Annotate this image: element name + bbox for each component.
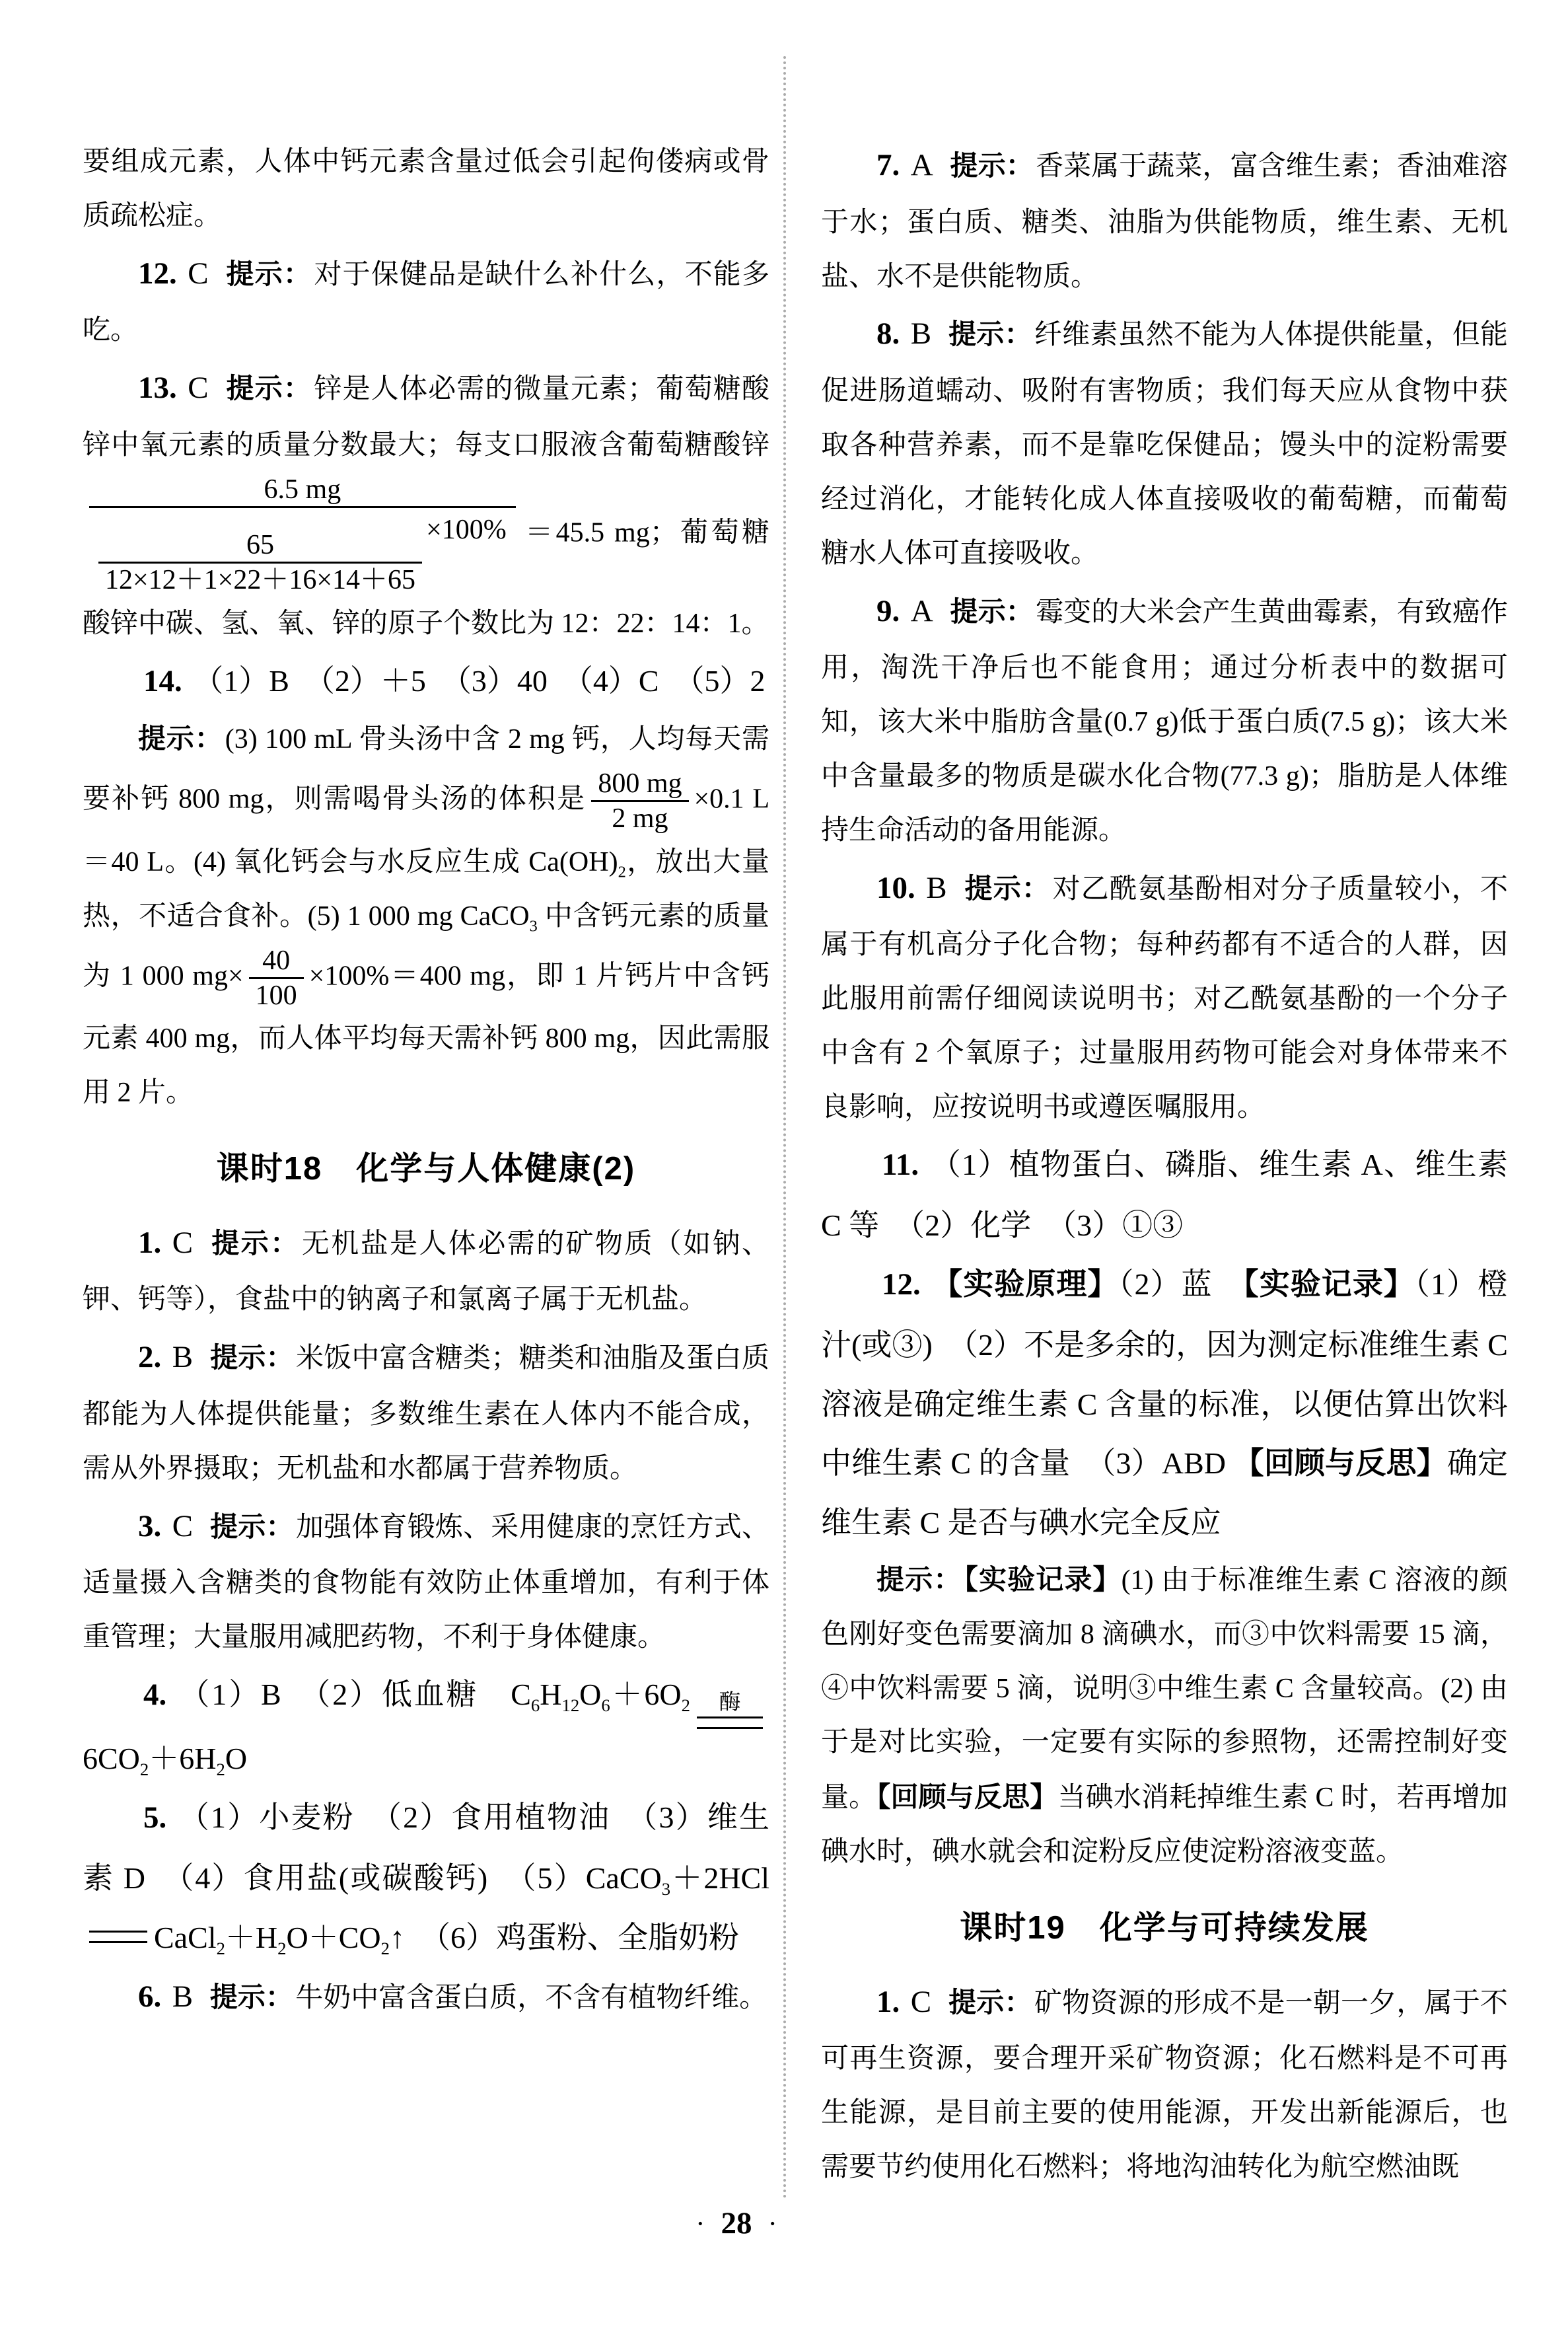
fraction-denominator: 100 (249, 977, 304, 1012)
times-100-percent: ×100% (426, 513, 507, 546)
hint-label: 提示： (876, 1564, 962, 1595)
answer-letter: A (911, 594, 933, 628)
fraction-numerator: 40 (249, 944, 304, 977)
answer-item: 7.A提示：香菜属于蔬菜，富含维生素；香油难溶于水；蛋白质、糖类、油脂为供能物质… (821, 135, 1508, 304)
item-number: 12. (138, 256, 177, 291)
item-number: 8. (876, 316, 900, 351)
fraction: 800 mg2 mg (591, 767, 688, 836)
answer-item: 10.B提示：对乙酰氨基酚相对分子质量较小，不属于有机高分子化合物；每种药都有不… (821, 858, 1508, 1135)
bracket-label: 【实验记录】 (1244, 1267, 1415, 1301)
fraction-numerator: 800 mg (591, 767, 688, 800)
item-number: 11. (882, 1148, 919, 1182)
item-number: 2. (138, 1340, 161, 1374)
text-run: 要组成元素，人体中钙元素含量过低会引起佝偻病或骨质疏松症。 (83, 147, 769, 231)
answer-letter: B (911, 316, 931, 351)
hint-label: 提示： (948, 318, 1032, 350)
text-run: 对乙酰氨基酚相对分子质量较小，不属于有机高分子化合物；每种药都有不适合的人群，因… (821, 874, 1508, 1123)
text-run: H (540, 1678, 561, 1711)
answer-book-page: 要组成元素，人体中钙元素含量过低会引起佝偻病或骨质疏松症。12.C提示：对于保健… (0, 0, 1568, 2325)
text-run: ＋H (225, 1921, 277, 1954)
fraction-denominator: 2 mg (591, 800, 688, 835)
text-run: 霉变的大米会产生黄曲霉素，有致癌作用，淘洗干净后也不能食用；通过分析表中的数据可… (821, 597, 1508, 846)
subscript: 3 (662, 1879, 670, 1899)
item-number: 1. (876, 1985, 900, 2019)
item-number: 7. (876, 148, 900, 182)
inner-fraction-numerator: 65 (98, 529, 422, 562)
subscript: 2 (682, 1695, 690, 1715)
item-number: 6. (138, 1979, 161, 2014)
fraction-numerator: 6.5 mg (89, 473, 516, 506)
answer-item: 3.C提示：加强体育锻炼、采用健康的烹饪方式、适量摄入含糖类的食物能有效防止体重… (83, 1496, 769, 1665)
text-run: O＋CO (286, 1921, 380, 1954)
left-column: 要组成元素，人体中钙元素含量过低会引起佝偻病或骨质疏松症。12.C提示：对于保健… (83, 135, 769, 2028)
fraction-denominator: 6512×12＋1×22＋16×14＋65×100% (89, 506, 516, 597)
answer-item: 12.C提示：对于保健品是缺什么补什么，不能多吃。 (83, 244, 769, 359)
answer-item: 9.A提示：霉变的大米会产生黄曲霉素，有致癌作用，淘洗干净后也不能食用；通过分析… (821, 581, 1508, 858)
text-run: ＋6O (610, 1678, 682, 1711)
answer-item: 2.B提示：米饭中富含糖类；糖类和油脂及蛋白质都能为人体提供能量；多数维生素在人… (83, 1327, 769, 1496)
double-bond-line (89, 1931, 147, 1943)
item-number: 9. (876, 594, 900, 628)
bracket-label: 【实验记录】 (964, 1564, 1122, 1595)
hint-label: 提示： (210, 1981, 293, 2012)
page-footer: ·28· (0, 2205, 1473, 2241)
bracket-label: 【回顾与反思】 (876, 1781, 1057, 1812)
subscript: 6 (531, 1695, 540, 1715)
hint-label: 提示： (950, 150, 1033, 181)
item-number: 4. (143, 1678, 166, 1712)
answer-item: 1.C提示：矿物资源的形成不是一朝一夕，属于不可再生资源，要合理开采矿物资源；化… (821, 1972, 1508, 2195)
answer-letter: B (172, 1979, 193, 2014)
enzyme-label: 酶 (719, 1691, 741, 1715)
item-number: 12. (882, 1267, 921, 1302)
subscript: 2 (277, 1938, 286, 1958)
inner-fraction: 6512×12＋1×22＋16×14＋65 (98, 529, 422, 597)
answer-item: 6.B提示：牛奶中富含蛋白质，不含有植物纤维。 (83, 1967, 769, 2028)
item-number: 13. (138, 371, 177, 405)
answer-item: 8.B提示：纤维素虽然不能为人体提供能量，但能促进肠道蠕动、吸附有害物质；我们每… (821, 304, 1508, 581)
bracket-label: 【实验原理】 (931, 1267, 1118, 1301)
fraction: 40100 (249, 944, 304, 1013)
text-run: CaCl (154, 1921, 217, 1954)
subscript: 2 (216, 1759, 225, 1779)
item-number: 14. (143, 664, 182, 698)
hint-label: 提示： (138, 723, 223, 754)
subscript: 6 (601, 1695, 610, 1715)
item-number: 10. (876, 871, 915, 905)
subscript: 2 (618, 863, 626, 881)
hint-label: 提示： (210, 1511, 294, 1542)
answer-letter: B (926, 871, 946, 905)
text-run: ＋2HCl (670, 1861, 769, 1895)
text-run: 对于保健品是缺什么补什么，不能多吃。 (83, 260, 769, 346)
answer-letter: C (911, 1985, 931, 2019)
inner-fraction-denominator: 12×12＋1×22＋16×14＋65 (98, 562, 422, 597)
text-run: (1) 由于标准维生素 C 溶液的颜色刚好变色需要滴加 8 滴碘水，而③中饮料需… (821, 1565, 1508, 1814)
nested-fraction: 6.5 mg6512×12＋1×22＋16×14＋65×100% (89, 473, 516, 597)
hint-label: 提示： (950, 596, 1033, 627)
right-column: 7.A提示：香菜属于蔬菜，富含维生素；香油难溶于水；蛋白质、糖类、油脂为供能物质… (821, 135, 1508, 2195)
page-number: 28 (721, 2206, 752, 2240)
text-run: ＋6H (149, 1742, 216, 1775)
text-run: 纤维素虽然不能为人体提供能量，但能促进肠道蠕动、吸附有害物质；我们每天应从食物中… (821, 320, 1508, 568)
subscript: 2 (140, 1759, 149, 1779)
item-number: 5. (143, 1800, 166, 1835)
answer-item: 1.C提示：无机盐是人体必需的矿物质（如钠、钾、钙等），食盐中的钠离子和氯离子属… (83, 1213, 769, 1328)
subscript: 2 (217, 1938, 225, 1958)
text-run: 锌是人体必需的微量元素；葡萄糖酸锌中氧元素的质量分数最大；每支口服液含葡萄糖酸锌 (83, 374, 769, 461)
hint-label: 提示： (225, 373, 312, 404)
hint-label: 提示： (225, 258, 312, 289)
answer-item: 4.（1）B （2）低血糖 C6H12O6＋6O2酶6CO2＋6H2O (83, 1665, 769, 1788)
text-run: 6CO (83, 1742, 140, 1775)
answer-letter: A (911, 148, 933, 182)
section-heading: 课时18 化学与人体健康(2) (83, 1138, 769, 1201)
answer-item: 13.C提示：锌是人体必需的微量元素；葡萄糖酸锌中氧元素的质量分数最大；每支口服… (83, 358, 769, 651)
text-run: （1）B （2）＋5 （3）40 （4）C （5）2 (193, 664, 765, 698)
answer-item: 提示：【实验记录】(1) 由于标准维生素 C 溶液的颜色刚好变色需要滴加 8 滴… (821, 1553, 1508, 1880)
text-run: 牛奶中富含蛋白质，不含有植物纤维。 (295, 1983, 767, 2013)
footer-right-dot: · (768, 2209, 777, 2240)
subscript: 2 (381, 1938, 390, 1958)
hint-label: 提示： (210, 1228, 300, 1259)
text-run: （1）植物蛋白、磷脂、维生素 A、维生素 C 等 （2）化学 （3）①③ (821, 1148, 1508, 1242)
hint-label: 提示： (948, 1987, 1032, 2018)
answer-item: 12.【实验原理】（2）蓝 【实验记录】（1）橙汁(或③) （2）不是多余的，因… (821, 1255, 1508, 1552)
section-heading: 课时19 化学与可持续发展 (821, 1897, 1508, 1960)
answer-letter: C (188, 256, 208, 291)
subscript: 12 (562, 1695, 580, 1715)
answer-item: 11.（1）植物蛋白、磷脂、维生素 A、维生素 C 等 （2）化学 （3）①③ (821, 1135, 1508, 1255)
enzyme-condition: 酶 (697, 1691, 763, 1729)
text-run: （1）B （2）低血糖 C (178, 1678, 531, 1711)
footer-left-dot: · (695, 2209, 705, 2240)
bracket-label: 【回顾与反思】 (1234, 1446, 1447, 1480)
answer-item: 提示：(3) 100 mL 骨头汤中含 2 mg 钙，人均每天需要补钙 800 … (83, 712, 769, 1121)
text-run: O (579, 1678, 601, 1711)
hint-label: 提示： (210, 1342, 294, 1373)
answer-item: 14.（1）B （2）＋5 （3）40 （4）C （5）2 (83, 651, 769, 712)
text-run: ↑ （6）鸡蛋粉、全脂奶粉 (390, 1921, 739, 1954)
answer-letter: B (172, 1340, 193, 1374)
hint-label: 提示： (964, 873, 1050, 904)
answer-item: 5.（1）小麦粉 （2）食用植物油 （3）维生素 D （4）食用盐(或碳酸钙) … (83, 1788, 769, 1967)
double-bond-line (697, 1716, 763, 1729)
column-divider (783, 56, 786, 2200)
subscript: 3 (530, 917, 538, 935)
answer-letter: C (172, 1226, 193, 1260)
answer-letter: C (172, 1509, 193, 1543)
item-number: 1. (138, 1226, 161, 1260)
answer-letter: C (188, 371, 208, 405)
text-run: O (225, 1742, 247, 1775)
answer-item: 要组成元素，人体中钙元素含量过低会引起佝偻病或骨质疏松症。 (83, 135, 769, 244)
text-run: （2）蓝 (1118, 1267, 1243, 1301)
item-number: 3. (138, 1509, 161, 1543)
